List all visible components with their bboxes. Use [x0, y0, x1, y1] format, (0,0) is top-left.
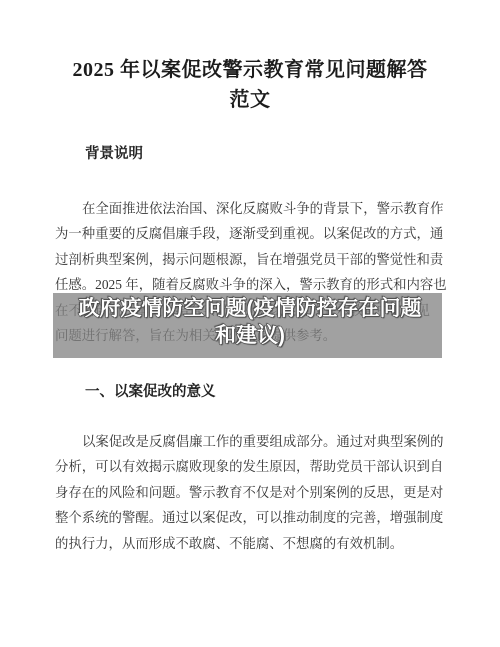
meaning-paragraph: 以案促改是反腐倡廉工作的重要组成部分。通过对典型案例的 分析，可以有效揭示腐败现…: [55, 429, 450, 556]
section-heading-meaning: 一、以案促改的意义: [85, 383, 216, 401]
watermark-overlay-box: 政府疫情防空问题(疫情防控存在问题 和建议): [53, 293, 442, 358]
watermark-overlay-title: 政府疫情防空问题(疫情防控存在问题 和建议): [0, 295, 500, 349]
section-heading-background: 背景说明: [85, 145, 143, 163]
document-page: 2025 年以案促改警示教育常见问题解答 范文 背景说明 在全面推进依法治国、深…: [0, 0, 500, 647]
document-title: 2025 年以案促改警示教育常见问题解答 范文: [0, 55, 500, 115]
